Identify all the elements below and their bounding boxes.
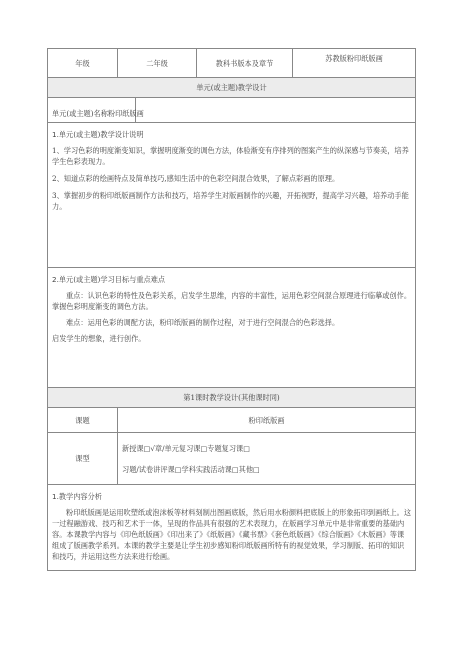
lesson-plan-document: 年级 二年级 教科书版本及章节 苏教版粉印纸版画 单元(或主题)教学设计 单元(…	[47, 48, 415, 571]
unit-name-label: 单元(或主题)名称粉印纸版画	[48, 98, 136, 123]
unit-name-value	[136, 98, 416, 123]
grade-value: 二年级	[118, 49, 197, 78]
topic-label: 课题	[48, 408, 118, 433]
analysis-cell: 1.教学内容分析 粉印纸版画是运用吹塑纸或泡沫板等材料刻制出图画底版，然后用水粉…	[48, 485, 416, 571]
type-label: 课型	[48, 433, 118, 485]
lesson-design-heading: 第1课时教学设计(其他课时同)	[48, 388, 416, 408]
topic-value: 粉印纸版画	[118, 408, 416, 433]
section1-item: 1、学习色彩的明度渐变知识，掌握明度渐变的调色方法，体验渐变有序排列的图案产生的…	[48, 145, 415, 167]
textbook-value: 苏教版粉印纸版画	[293, 49, 416, 78]
lesson-plan-table: 年级 二年级 教科书版本及章节 苏教版粉印纸版画 单元(或主题)教学设计 单元(…	[47, 48, 416, 571]
unit-design-heading: 单元(或主题)教学设计	[48, 78, 416, 98]
section1-cell: 1.单元(或主题)教学设计说明 1、学习色彩的明度渐变知识，掌握明度渐变的调色方…	[48, 123, 416, 268]
textbook-label: 教科书版本及章节	[197, 49, 293, 78]
type-options-line1: 新授课□√章/单元复习课□专题复习课□	[122, 443, 411, 454]
section2-note: 启发学生的想象，进行创作。	[48, 333, 415, 344]
analysis-body: 粉印纸版画是运用吹塑纸或泡沫板等材料刻制出图画底版，然后用水粉颜料把底版上的形象…	[48, 507, 415, 562]
analysis-title: 1.教学内容分析	[48, 485, 415, 507]
type-options: 新授课□√章/单元复习课□专题复习课□ 习题/试卷讲评课□学科实践活动课□其他□	[118, 433, 416, 485]
type-options-line2: 习题/试卷讲评课□学科实践活动课□其他□	[122, 464, 411, 475]
section1-item: 3、掌握初步的粉印纸版画制作方法和技巧，培养学生对版画制作的兴趣，开拓视野，提高…	[48, 190, 415, 212]
difficult-points: 难点：运用色彩的调配方法，粉印纸版画的制作过程，对于进行空间混合的色彩选择。	[48, 317, 415, 328]
section1-title: 1.单元(或主题)教学设计说明	[48, 123, 415, 145]
section2-title: 2.单元(或主题)学习目标与重点难点	[48, 268, 415, 290]
section1-item: 2、知道点彩的绘画特点及简单技巧,感知生活中的色彩空间混合效果，了解点彩画的原理…	[48, 173, 415, 184]
section2-cell: 2.单元(或主题)学习目标与重点难点 重点：认识色彩的特性及色彩关系，启发学生思…	[48, 268, 416, 388]
grade-label: 年级	[48, 49, 118, 78]
key-points: 重点：认识色彩的特性及色彩关系，启发学生思维，内容的丰富性，运用色彩空间混合原理…	[48, 290, 415, 312]
